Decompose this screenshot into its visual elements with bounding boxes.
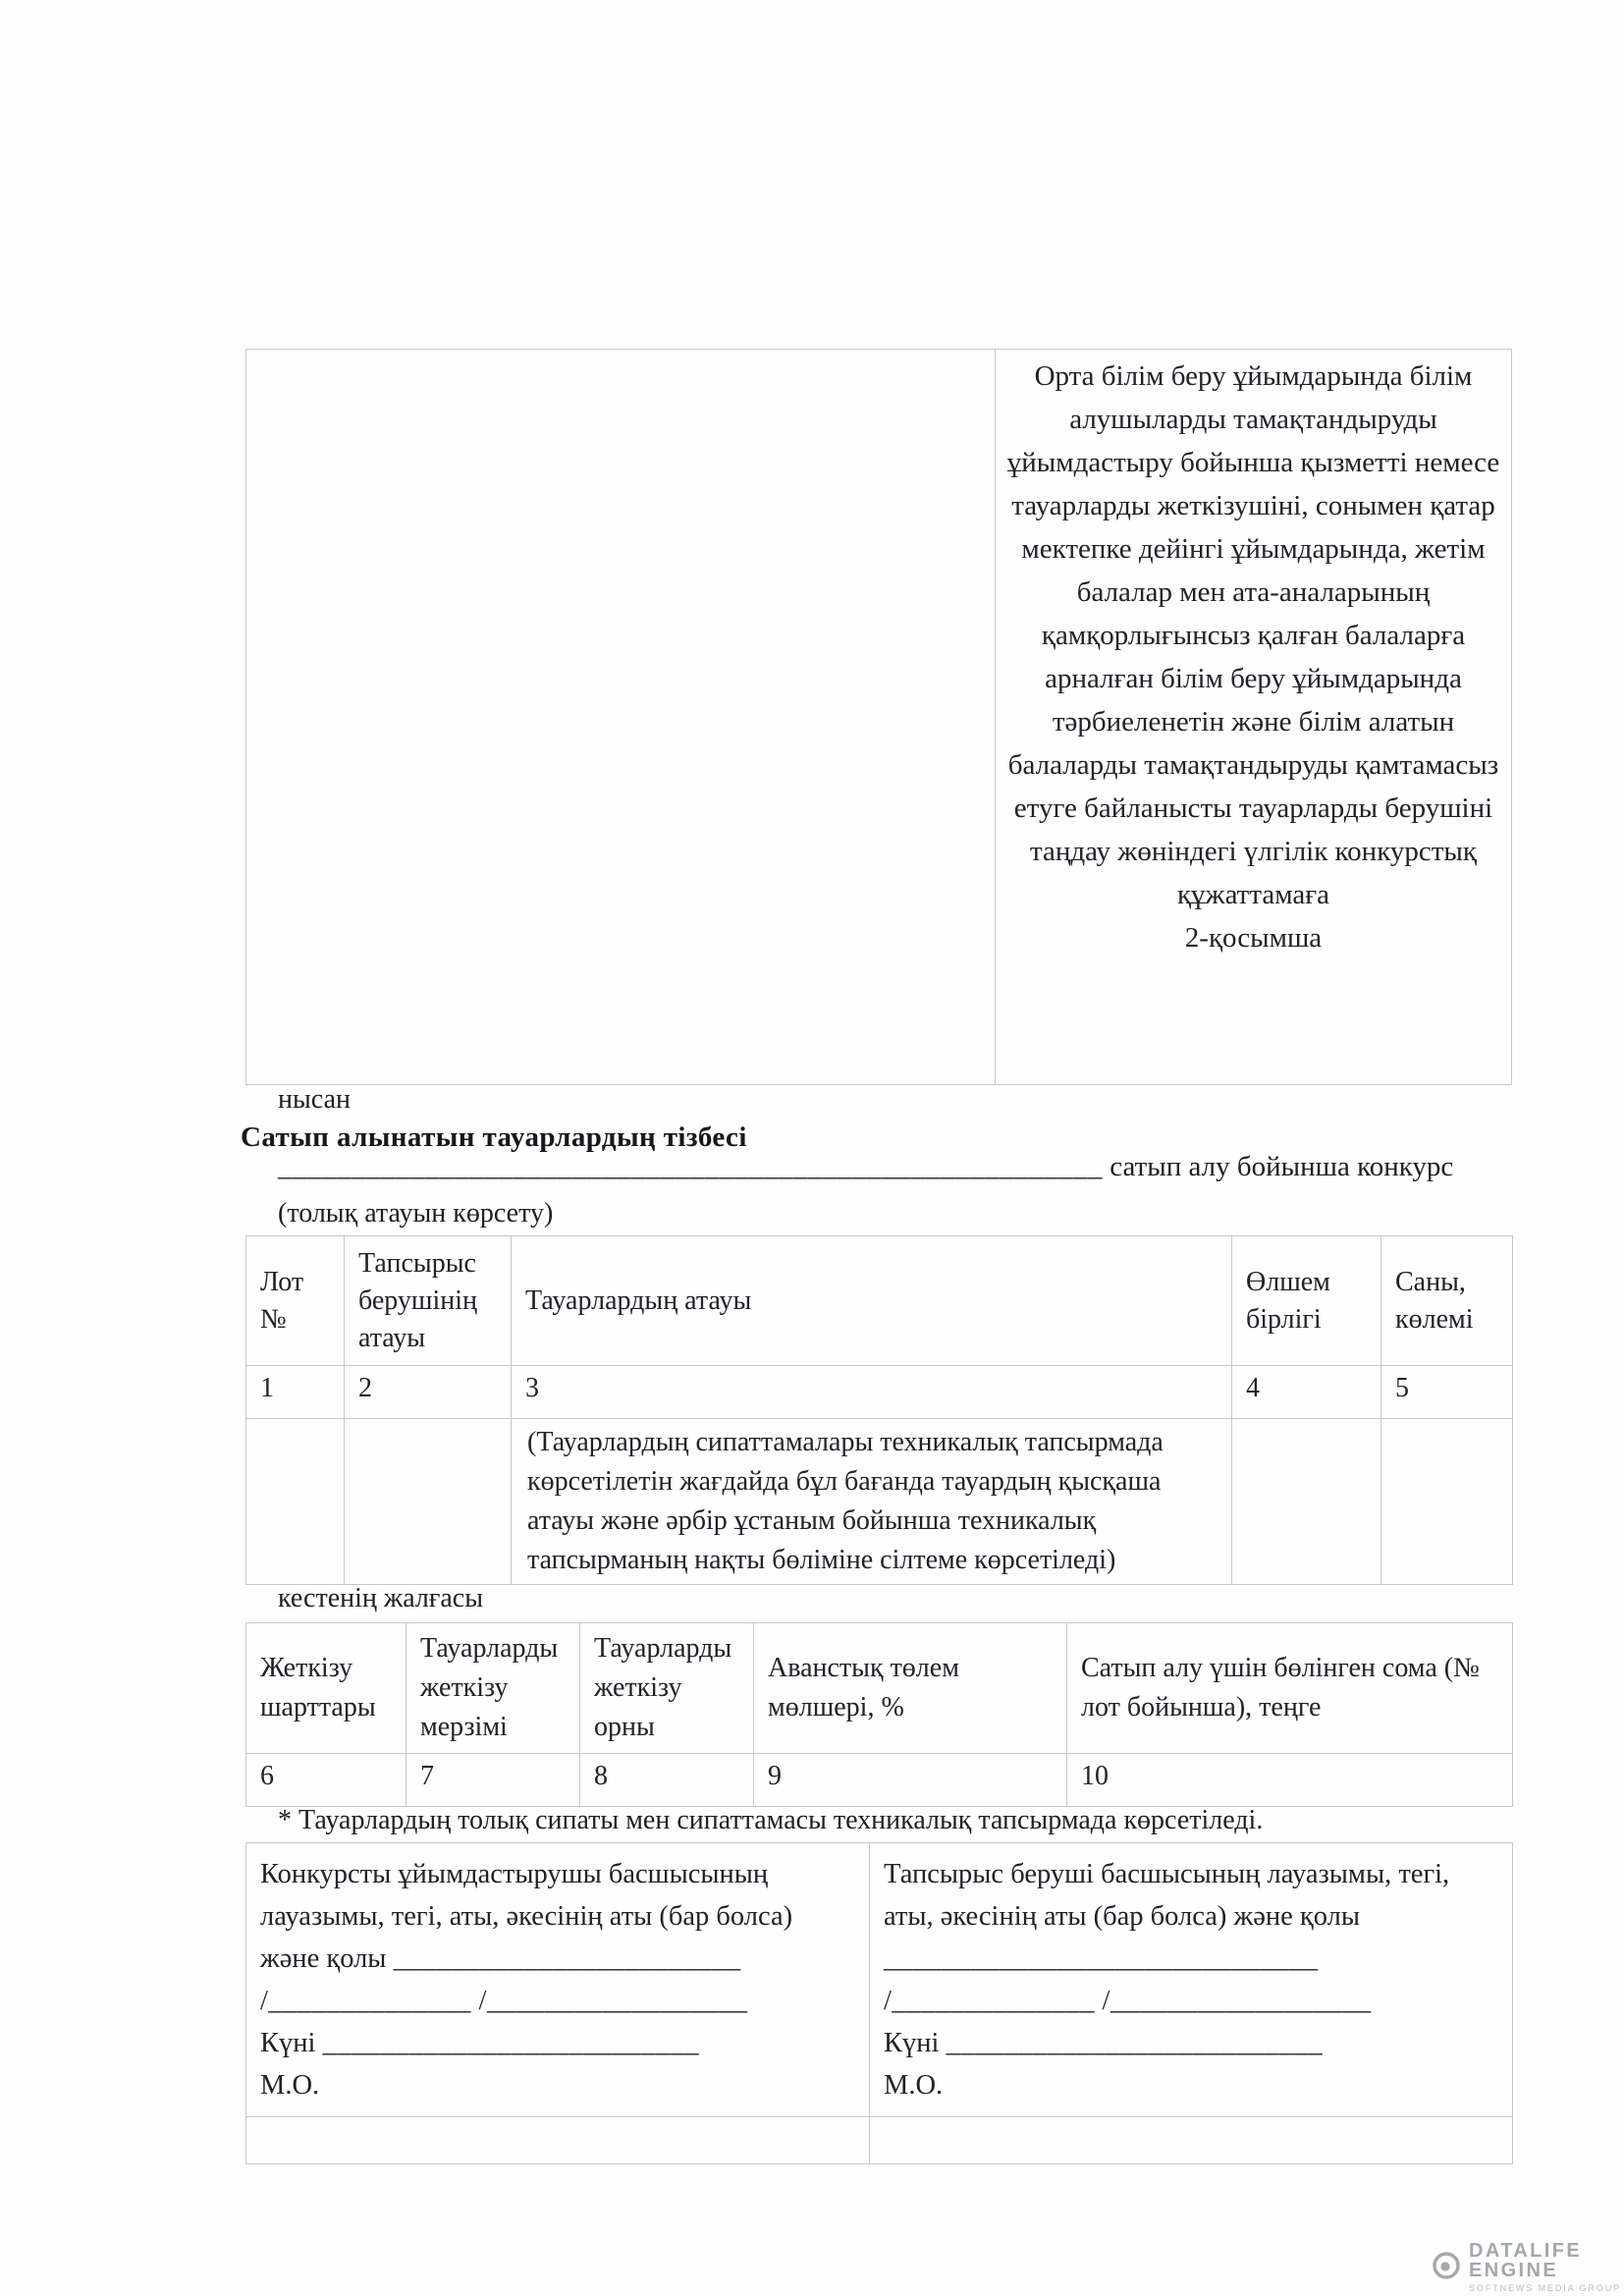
empty-cell <box>246 2117 870 2164</box>
delivery-header-sum: Сатып алу үшін бөлінген сома (№ лот бойы… <box>1067 1623 1513 1754</box>
goods-col-number: 5 <box>1381 1366 1513 1419</box>
delivery-col-number: 6 <box>246 1754 406 1807</box>
footnote: * Тауарлардың толық сипаты мен сипаттама… <box>278 1805 1263 1836</box>
goods-header-quantity: Саны, көлемі <box>1381 1236 1513 1366</box>
datalife-brand: DATALIFE ENGINE <box>1469 2241 1624 2280</box>
delivery-header-time: Тауарларды жеткізу мерзімі <box>406 1623 580 1754</box>
delivery-col-number: 7 <box>406 1754 580 1807</box>
delivery-col-number: 10 <box>1067 1754 1513 1807</box>
goods-table-note-row: (Тауарлардың сипаттамалары техникалық та… <box>246 1419 1513 1585</box>
customer-date-line: Күні __________________________ <box>884 2022 1498 2064</box>
competition-text: сатып алу бойынша конкурс <box>1103 1151 1453 1182</box>
delivery-header-terms: Жеткізу шарттары <box>246 1623 406 1754</box>
customer-seal-label: М.О. <box>884 2064 1498 2106</box>
delivery-header-place: Тауарларды жеткізу орны <box>580 1623 754 1754</box>
signature-empty-row <box>246 2117 1513 2164</box>
delivery-header-advance: Аванстық төлем мөлшері, % <box>754 1623 1067 1754</box>
delivery-col-number: 8 <box>580 1754 754 1807</box>
goods-table: Лот № Тапсырыс берушінің атауы Тауарлард… <box>245 1235 1513 1585</box>
delivery-table: Жеткізу шарттары Тауарларды жеткізу мерз… <box>245 1622 1513 1807</box>
goods-header-customer: Тапсырыс берушінің атауы <box>345 1236 512 1366</box>
goods-header-unit: Өлшем бірлігі <box>1232 1236 1381 1366</box>
empty-cell <box>345 1419 512 1585</box>
customer-name-slash-line: /______________ /__________________ <box>884 1980 1498 2022</box>
organizer-date-line: Күні __________________________ <box>260 2022 855 2064</box>
form-note: нысан <box>278 1084 351 1116</box>
organizer-name-slash-line: /______________ /__________________ <box>260 1980 855 2022</box>
appendix-number: 2-қосымша <box>1003 916 1503 959</box>
organizer-seal-label: М.О. <box>260 2064 855 2106</box>
appendix-note-text: Орта білім беру ұйымдарында білім алушыл… <box>1003 355 1503 916</box>
datalife-watermark: DATALIFE ENGINE SOFTNEWS MEDIA GROUP <box>1432 2241 1624 2294</box>
goods-table-header-row: Лот № Тапсырыс берушінің атауы Тауарлард… <box>246 1236 1513 1366</box>
competition-blank-line: ________________________________________… <box>278 1151 1103 1182</box>
goods-header-lot: Лот № <box>246 1236 345 1366</box>
datalife-logo-icon <box>1432 2251 1461 2285</box>
appendix-cell: Орта білім беру ұйымдарында білім алушыл… <box>996 350 1511 1084</box>
customer-signature-blank-line: ______________________________ <box>884 1938 1498 1980</box>
delivery-table-number-row: 6 7 8 9 10 <box>246 1754 1513 1807</box>
empty-cell <box>1232 1419 1381 1585</box>
empty-cell <box>870 2117 1513 2164</box>
competition-line: ________________________________________… <box>278 1151 1453 1183</box>
goods-header-name: Тауарлардың атауы <box>512 1236 1232 1366</box>
customer-intro: Тапсырыс беруші басшысының лауазымы, тег… <box>884 1853 1498 1938</box>
appendix-empty-cell <box>246 350 996 1084</box>
document-page: Орта білім беру ұйымдарында білім алушыл… <box>0 0 1624 2296</box>
delivery-table-header-row: Жеткізу шарттары Тауарларды жеткізу мерз… <box>246 1623 1513 1754</box>
empty-cell <box>246 1419 345 1585</box>
goods-table-number-row: 1 2 3 4 5 <box>246 1366 1513 1419</box>
page-title: Сатып алынатын тауарлардың тізбесі <box>241 1121 747 1154</box>
datalife-subtitle: SOFTNEWS MEDIA GROUP <box>1469 2282 1624 2294</box>
customer-signature-cell: Тапсырыс беруші басшысының лауазымы, тег… <box>870 1843 1513 2117</box>
goods-col-number: 1 <box>246 1366 345 1419</box>
delivery-col-number: 9 <box>754 1754 1067 1807</box>
signature-table: Конкурсты ұйымдастырушы басшысының лауаз… <box>245 1842 1513 2164</box>
goods-col-number: 4 <box>1232 1366 1381 1419</box>
full-name-hint: (толық атауын көрсету) <box>278 1198 553 1230</box>
datalife-text-block: DATALIFE ENGINE SOFTNEWS MEDIA GROUP <box>1469 2241 1624 2294</box>
appendix-table: Орта білім беру ұйымдарында білім алушыл… <box>245 349 1512 1085</box>
goods-note-cell: (Тауарлардың сипаттамалары техникалық та… <box>512 1419 1232 1585</box>
signature-row: Конкурсты ұйымдастырушы басшысының лауаз… <box>246 1843 1513 2117</box>
organizer-signature-blank: ________________________ <box>394 1943 741 1974</box>
goods-col-number: 3 <box>512 1366 1232 1419</box>
goods-col-number: 2 <box>345 1366 512 1419</box>
organizer-signature-cell: Конкурсты ұйымдастырушы басшысының лауаз… <box>246 1843 870 2117</box>
table-continuation-note: кестенің жалғасы <box>278 1583 483 1614</box>
empty-cell <box>1381 1419 1513 1585</box>
